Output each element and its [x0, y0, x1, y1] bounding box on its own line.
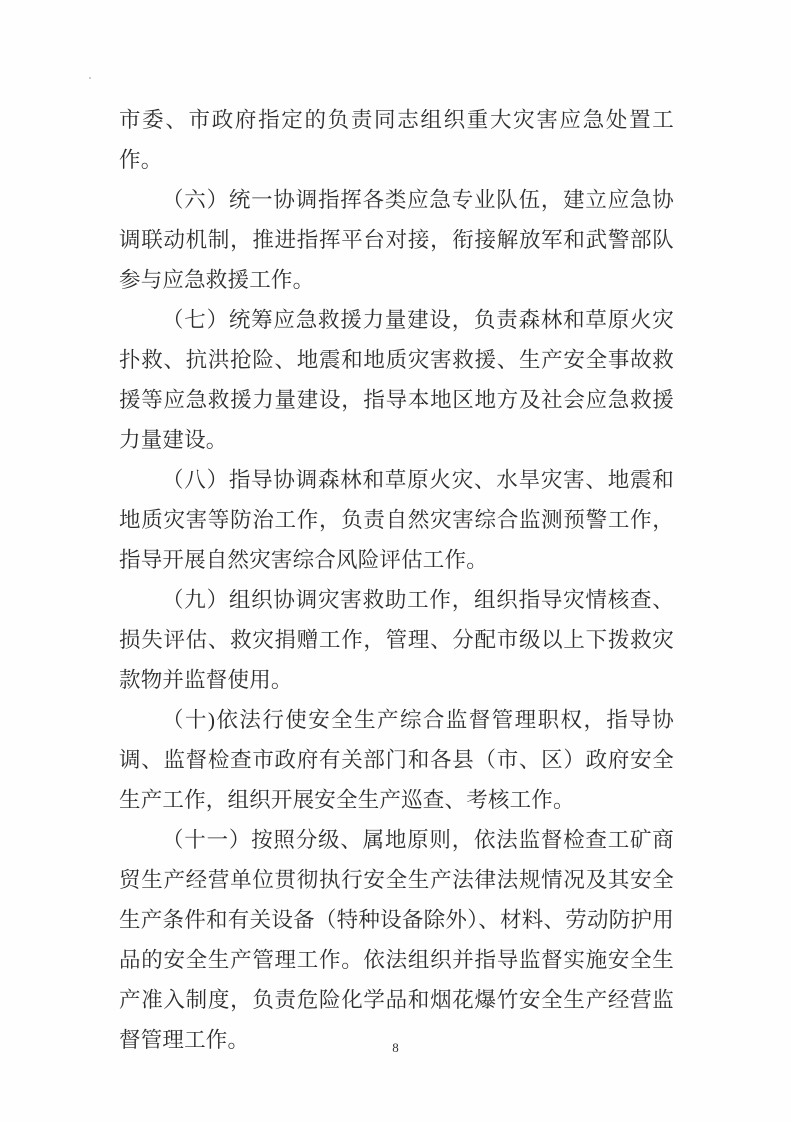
paragraph-item-7: （七）统筹应急救援力量建设，负责森林和草原火灾扑救、抗洪抢险、地震和地质灾害救援…	[119, 300, 674, 460]
paragraph-item-8: （八）指导协调森林和草原火灾、水旱灾害、地震和地质灾害等防治工作，负责自然灾害综…	[119, 460, 674, 580]
paragraph-item-9: （九）组织协调灾害救助工作，组织指导灾情核查、损失评估、救灾捐赠工作，管理、分配…	[119, 580, 674, 700]
paragraph-item-6: （六）统一协调指挥各类应急专业队伍，建立应急协调联动机制，推进指挥平台对接，衔接…	[119, 180, 674, 300]
page-number: 8	[0, 1040, 791, 1056]
document-page: 市委、市政府指定的负责同志组织重大灾害应急处置工作。 （六）统一协调指挥各类应急…	[0, 0, 791, 1122]
paragraph-continuation: 市委、市政府指定的负责同志组织重大灾害应急处置工作。	[119, 100, 674, 180]
paragraph-item-11: （十一）按照分级、属地原则，依法监督检查工矿商贸生产经营单位贯彻执行安全生产法律…	[119, 820, 674, 1060]
scan-speck-artifact	[89, 77, 91, 79]
document-body: 市委、市政府指定的负责同志组织重大灾害应急处置工作。 （六）统一协调指挥各类应急…	[119, 100, 674, 1060]
paragraph-item-10: （十)依法行使安全生产综合监督管理职权，指导协调、监督检查市政府有关部门和各县（…	[119, 700, 674, 820]
